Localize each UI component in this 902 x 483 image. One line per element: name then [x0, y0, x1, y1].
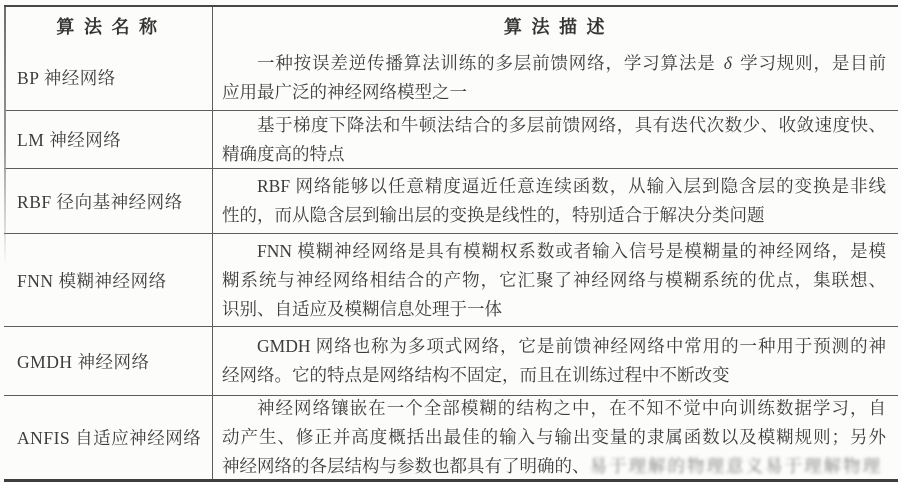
algorithm-name-cell: FNN 模糊神经网络	[4, 234, 213, 326]
desc-line: 一种按误差逆传播算法训练的多层前馈网络，学习算法是 δ 学习规则，是目前	[222, 49, 886, 78]
table-header-row: 算 法 名 称 算 法 描 述	[4, 7, 898, 45]
algorithm-desc-cell: FNN 模糊神经网络是具有模糊权系数或者输入信号是模糊量的神经网络，是模糊系统与…	[213, 234, 898, 326]
desc-line: 经网络。它的特点是网络结构不固定，而且在训练过程中不断改变	[222, 361, 886, 390]
algorithm-desc-cell: 神经网络镶嵌在一个全部模糊的结构之中，在不知不觉中向训练数据学习，自动产生、修正…	[213, 396, 898, 479]
desc-line: 神经网络镶嵌在一个全部模糊的结构之中，在不知不觉中向训练数据学习，自	[222, 394, 886, 423]
table-row: LM 神经网络基于梯度下降法和牛顿法结合的多层前馈网络，具有迭代次数少、收敛速度…	[4, 110, 898, 168]
desc-line: 精确度高的特点	[222, 140, 886, 169]
algorithm-desc-cell: GMDH 网络也称为多项式网络，它是前馈神经网络中常用的一种用于预测的神经网络。…	[213, 327, 898, 395]
desc-line: 应用最广泛的神经网络模型之一	[222, 78, 886, 107]
algorithm-name-cell: LM 神经网络	[4, 111, 213, 168]
algorithm-desc-cell: 基于梯度下降法和牛顿法结合的多层前馈网络，具有迭代次数少、收敛速度快、精确度高的…	[213, 111, 898, 168]
table-row: FNN 模糊神经网络FNN 模糊神经网络是具有模糊权系数或者输入信号是模糊量的神…	[4, 233, 898, 326]
desc-line: 动产生、修正并高度概括出最佳的输入与输出变量的隶属函数以及模糊规则；另外	[222, 423, 886, 452]
desc-line: GMDH 网络也称为多项式网络，它是前馈神经网络中常用的一种用于预测的神	[222, 332, 886, 361]
algorithm-desc-cell: 一种按误差逆传播算法训练的多层前馈网络，学习算法是 δ 学习规则，是目前应用最广…	[213, 45, 898, 110]
algorithm-comparison-table: 算 法 名 称 算 法 描 述 BP 神经网络一种按误差逆传播算法训练的多层前馈…	[4, 5, 898, 482]
desc-line: FNN 模糊神经网络是具有模糊权系数或者输入信号是模糊量的神经网络，是模	[222, 237, 886, 266]
desc-line: RBF 网络能够以任意精度逼近任意连续函数，从输入层到隐含层的变换是非线	[222, 172, 886, 201]
desc-line: 识别、自适应及模糊信息处理于一体	[222, 295, 886, 324]
table-row: GMDH 神经网络GMDH 网络也称为多项式网络，它是前馈神经网络中常用的一种用…	[4, 326, 898, 395]
table-row: BP 神经网络一种按误差逆传播算法训练的多层前馈网络，学习算法是 δ 学习规则，…	[4, 45, 898, 110]
desc-line: 神经网络的各层结构与参数也都具有了明确的、易于理解的物理意义易于理解物理	[222, 452, 886, 481]
desc-line: 糊系统与神经网络相结合的产物，它汇聚了神经网络与模糊系统的优点，集联想、	[222, 266, 886, 295]
table-row: ANFIS 自适应神经网络神经网络镶嵌在一个全部模糊的结构之中，在不知不觉中向训…	[4, 395, 898, 479]
algorithm-name-cell: GMDH 神经网络	[4, 327, 213, 395]
desc-line: 性的，而从隐含层到输出层的变换是线性的，特别适合于解决分类问题	[222, 201, 886, 230]
table-body: BP 神经网络一种按误差逆传播算法训练的多层前馈网络，学习算法是 δ 学习规则，…	[4, 45, 898, 479]
header-algorithm-description: 算 法 描 述	[213, 7, 898, 45]
table-row: RBF 径向基神经网络RBF 网络能够以任意精度逼近任意连续函数，从输入层到隐含…	[4, 168, 898, 233]
desc-line: 基于梯度下降法和牛顿法结合的多层前馈网络，具有迭代次数少、收敛速度快、	[222, 111, 886, 140]
algorithm-name-cell: ANFIS 自适应神经网络	[4, 396, 213, 479]
algorithm-name-cell: BP 神经网络	[4, 45, 213, 110]
blurred-smudged-text: 易于理解的物理意义易于理解物理	[590, 456, 883, 476]
algorithm-name-cell: RBF 径向基神经网络	[4, 169, 213, 233]
algorithm-desc-cell: RBF 网络能够以任意精度逼近任意连续函数，从输入层到隐含层的变换是非线性的，而…	[213, 169, 898, 233]
header-algorithm-name: 算 法 名 称	[4, 7, 213, 45]
